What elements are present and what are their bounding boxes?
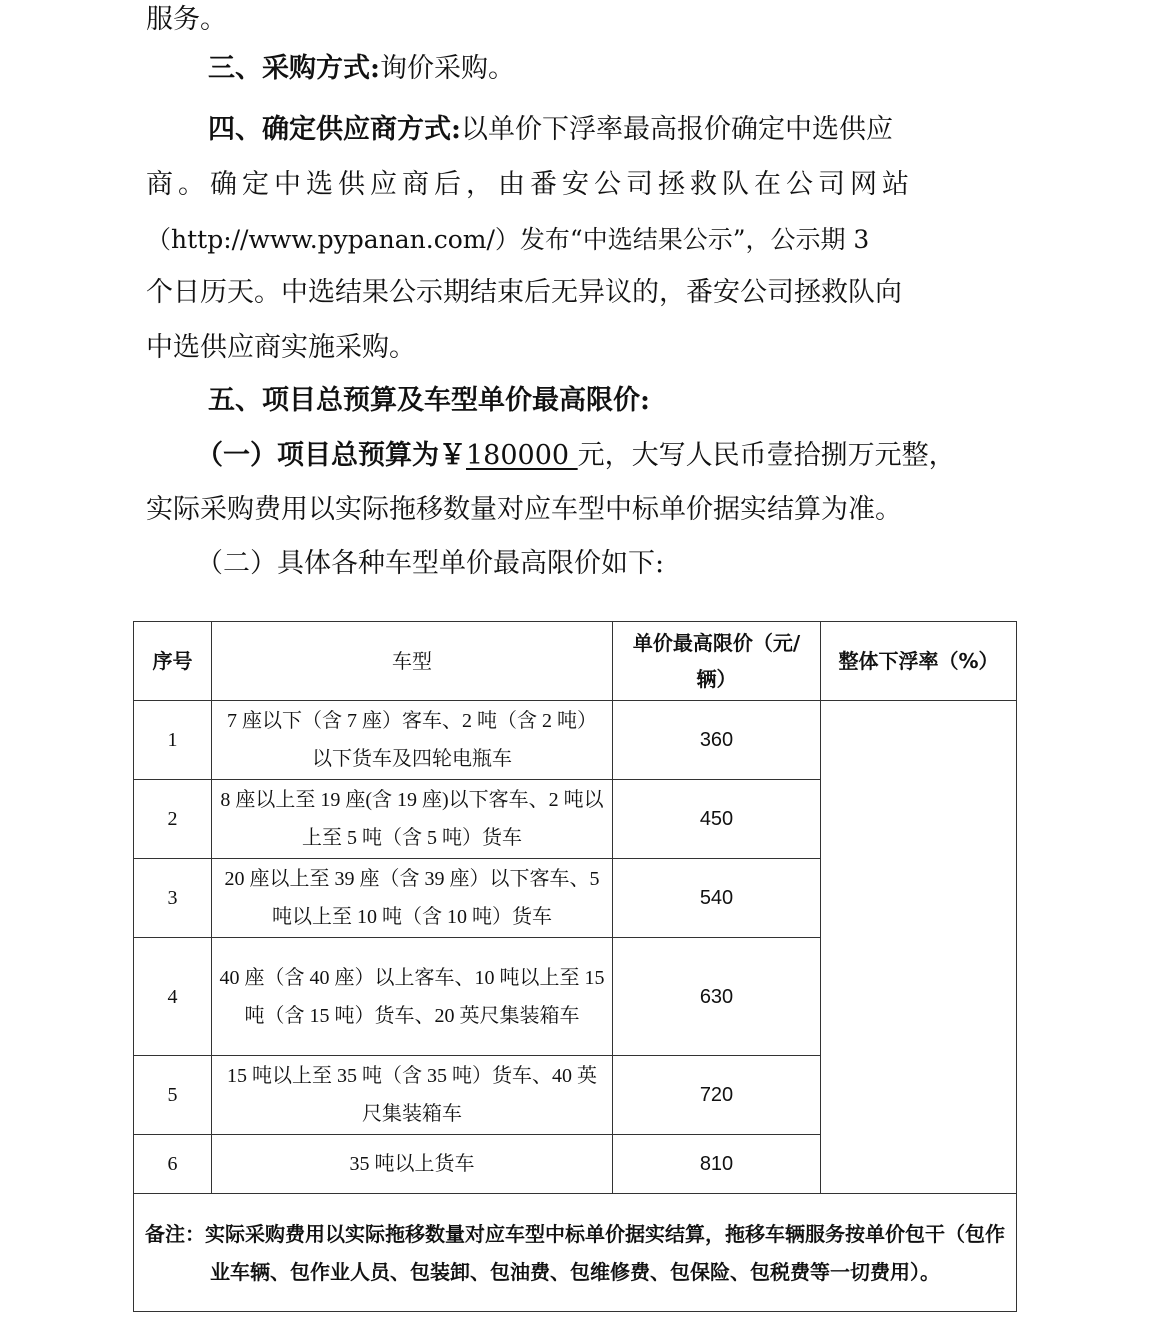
row-max-price: 810 [613,1135,821,1194]
section-5-1-line2: 实际采购费用以实际拖移数量对应车型中标单价据实结算为准。 [146,490,1018,530]
table-header-row: 序号 车型 单价最高限价（元/辆） 整体下浮率（%） [134,622,1017,701]
table-row: 1 7 座以下（含 7 座）客车、2 吨（含 2 吨）以下货车及四轮电瓶车 36… [134,701,1017,780]
row-max-price: 630 [613,938,821,1056]
section-5-heading: 五、项目总预算及车型单价最高限价: [208,381,1018,421]
row-vehicle-type: 7 座以下（含 7 座）客车、2 吨（含 2 吨）以下货车及四轮电瓶车 [212,701,613,780]
paragraph-continuation: 服务。 [146,0,1018,40]
budget-amount-words: 元，大写人民币壹拾捌万元整， [578,440,956,471]
budget-label: （一）项目总预算为￥ [196,440,466,471]
row-seq: 4 [134,938,212,1056]
section-5-1-budget: （一）项目总预算为￥180000 元，大写人民币壹拾捌万元整， [196,436,1068,476]
row-max-price: 720 [613,1056,821,1135]
row-vehicle-type: 15 吨以上至 35 吨（含 35 吨）货车、40 英尺集装箱车 [212,1056,613,1135]
price-limit-table: 序号 车型 单价最高限价（元/辆） 整体下浮率（%） 1 7 座以下（含 7 座… [133,621,1017,1312]
table-remark-row: 备注：实际采购费用以实际拖移数量对应车型中标单价据实结算，拖移车辆服务按单价包干… [134,1194,1017,1312]
header-seq: 序号 [134,622,212,701]
row-max-price: 450 [613,780,821,859]
section-4-body-line5: 中选供应商实施采购。 [146,328,1018,368]
header-discount-rate: 整体下浮率（%） [821,622,1017,701]
table-remark: 备注：实际采购费用以实际拖移数量对应车型中标单价据实结算，拖移车辆服务按单价包干… [134,1194,1017,1312]
section-4-heading: 四、确定供应商方式: [208,114,461,145]
section-3-procurement-method: 三、采购方式:询价采购。 [208,49,1018,89]
section-3-body: 询价采购。 [380,53,515,84]
section-4-body-line1: 以单价下浮率最高报价确定中选供应 [461,114,893,145]
row-seq: 1 [134,701,212,780]
section-5-2-intro: （二）具体各种车型单价最高限价如下: [196,544,1068,584]
row-seq: 2 [134,780,212,859]
header-vehicle-type: 车型 [212,622,613,701]
row-vehicle-type: 35 吨以上货车 [212,1135,613,1194]
row-seq: 3 [134,859,212,938]
row-max-price: 540 [613,859,821,938]
budget-amount: 180000 [466,440,578,471]
discount-rate-cell [821,701,1017,1194]
section-4-supplier-method: 四、确定供应商方式:以单价下浮率最高报价确定中选供应 [208,110,1018,150]
row-seq: 5 [134,1056,212,1135]
section-4-body-line3: （http://www.pypanan.com/）发布“中选结果公示”，公示期 … [146,220,1018,260]
row-max-price: 360 [613,701,821,780]
row-vehicle-type: 20 座以上至 39 座（含 39 座）以下客车、5 吨以上至 10 吨（含 1… [212,859,613,938]
section-3-heading: 三、采购方式: [208,53,380,84]
section-4-body-line4: 个日历天。中选结果公示期结束后无异议的，番安公司拯救队向 [146,273,1018,313]
row-vehicle-type: 8 座以上至 19 座(含 19 座)以下客车、2 吨以上至 5 吨（含 5 吨… [212,780,613,859]
section-4-body-line2: 商。确定中选供应商后，由番安公司拯救队在公司网站 [146,165,1018,205]
row-vehicle-type: 40 座（含 40 座）以上客车、10 吨以上至 15 吨（含 15 吨）货车、… [212,938,613,1056]
header-max-price: 单价最高限价（元/辆） [613,622,821,701]
row-seq: 6 [134,1135,212,1194]
